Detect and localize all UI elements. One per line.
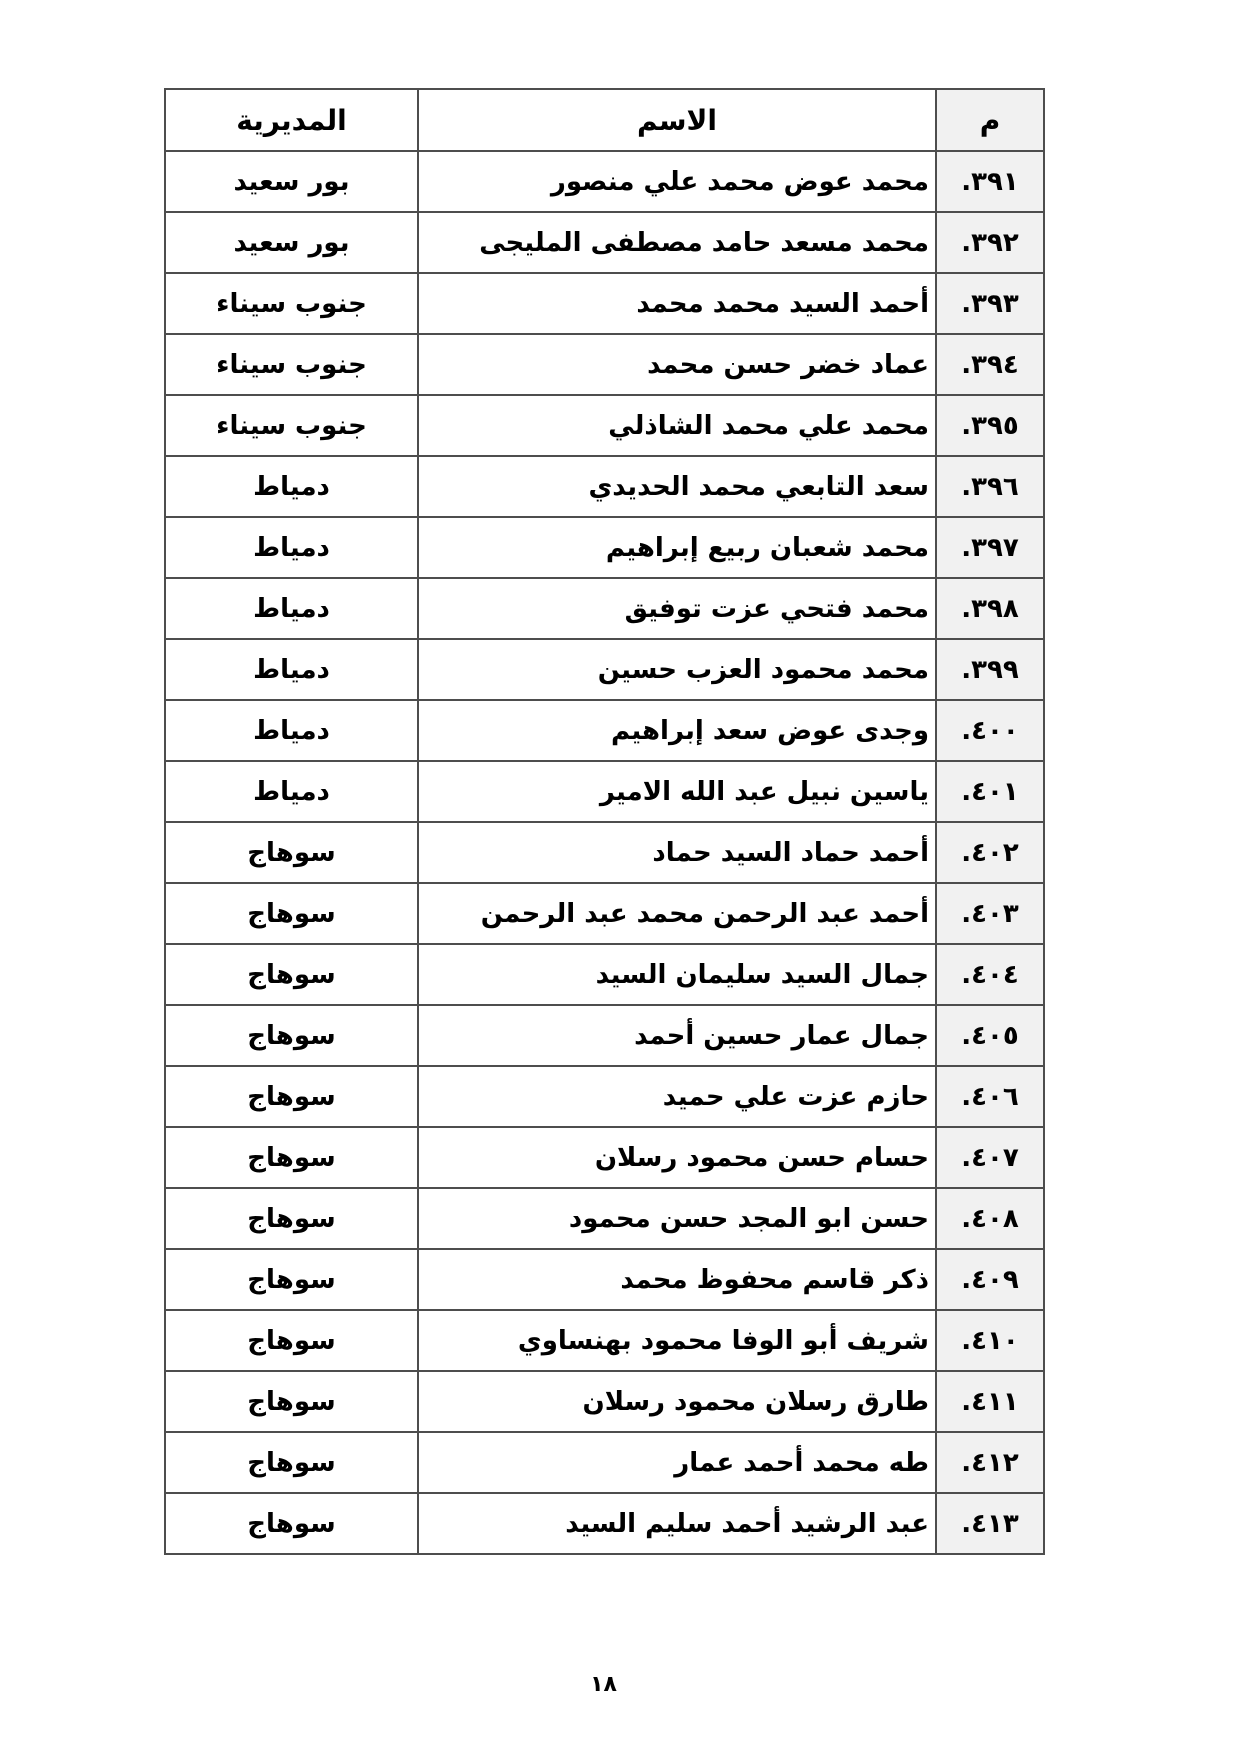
person-name: حازم عزت علي حميد: [418, 1066, 936, 1127]
directorate-cell: دمياط: [165, 700, 418, 761]
directorate-cell: سوهاج: [165, 1249, 418, 1310]
header-row: م الاسم المديرية: [165, 89, 1044, 151]
table-row: ٤١١. طارق رسلان محمود رسلان سوهاج: [165, 1371, 1044, 1432]
roster-table: م الاسم المديرية ٣٩١. محمد عوض محمد علي …: [164, 88, 1045, 1555]
directorate-cell: سوهاج: [165, 1371, 418, 1432]
table-row: ٤٠٠. وجدى عوض سعد إبراهيم دمياط: [165, 700, 1044, 761]
table-header-row: م الاسم المديرية: [165, 89, 1044, 151]
row-number: ٤٠٧.: [936, 1127, 1044, 1188]
table-row: ٣٩٦. سعد التابعي محمد الحديدي دمياط: [165, 456, 1044, 517]
directorate-cell: جنوب سيناء: [165, 395, 418, 456]
table-row: ٤٠٢. أحمد حماد السيد حماد سوهاج: [165, 822, 1044, 883]
row-number: ٤٠١.: [936, 761, 1044, 822]
person-name: حسن ابو المجد حسن محمود: [418, 1188, 936, 1249]
person-name: ياسين نبيل عبد الله الامير: [418, 761, 936, 822]
directorate-cell: سوهاج: [165, 1493, 418, 1554]
row-number: ٣٩٩.: [936, 639, 1044, 700]
table-row: ٤١٣. عبد الرشيد أحمد سليم السيد سوهاج: [165, 1493, 1044, 1554]
person-name: أحمد عبد الرحمن محمد عبد الرحمن: [418, 883, 936, 944]
table-row: ٣٩٥. محمد علي محمد الشاذلي جنوب سيناء: [165, 395, 1044, 456]
row-number: ٣٩١.: [936, 151, 1044, 212]
person-name: محمد مسعد حامد مصطفى المليجى: [418, 212, 936, 273]
table-row: ٣٩٤. عماد خضر حسن محمد جنوب سيناء: [165, 334, 1044, 395]
directorate-cell: سوهاج: [165, 1310, 418, 1371]
row-number: ٤٠٨.: [936, 1188, 1044, 1249]
person-name: سعد التابعي محمد الحديدي: [418, 456, 936, 517]
table-row: ٤١٢. طه محمد أحمد عمار سوهاج: [165, 1432, 1044, 1493]
person-name: جمال السيد سليمان السيد: [418, 944, 936, 1005]
header-number: م: [936, 89, 1044, 151]
directorate-cell: سوهاج: [165, 1188, 418, 1249]
row-number: ٤١٣.: [936, 1493, 1044, 1554]
header-directorate: المديرية: [165, 89, 418, 151]
table-row: ٣٩٩. محمد محمود العزب حسين دمياط: [165, 639, 1044, 700]
row-number: ٣٩٣.: [936, 273, 1044, 334]
table-row: ٣٩١. محمد عوض محمد علي منصور بور سعيد: [165, 151, 1044, 212]
table-row: ٤١٠. شريف أبو الوفا محمود بهنساوي سوهاج: [165, 1310, 1044, 1371]
directorate-cell: دمياط: [165, 456, 418, 517]
person-name: عماد خضر حسن محمد: [418, 334, 936, 395]
table-row: ٤٠٧. حسام حسن محمود رسلان سوهاج: [165, 1127, 1044, 1188]
directorate-cell: سوهاج: [165, 944, 418, 1005]
row-number: ٣٩٧.: [936, 517, 1044, 578]
row-number: ٤١١.: [936, 1371, 1044, 1432]
person-name: جمال عمار حسين أحمد: [418, 1005, 936, 1066]
row-number: ٤٠٢.: [936, 822, 1044, 883]
person-name: ذكر قاسم محفوظ محمد: [418, 1249, 936, 1310]
table-row: ٤٠١. ياسين نبيل عبد الله الامير دمياط: [165, 761, 1044, 822]
person-name: أحمد حماد السيد حماد: [418, 822, 936, 883]
row-number: ٤٠٣.: [936, 883, 1044, 944]
row-number: ٤٠٥.: [936, 1005, 1044, 1066]
row-number: ٣٩٢.: [936, 212, 1044, 273]
directorate-cell: سوهاج: [165, 1066, 418, 1127]
table-row: ٤٠٤. جمال السيد سليمان السيد سوهاج: [165, 944, 1044, 1005]
person-name: وجدى عوض سعد إبراهيم: [418, 700, 936, 761]
person-name: شريف أبو الوفا محمود بهنساوي: [418, 1310, 936, 1371]
person-name: محمد علي محمد الشاذلي: [418, 395, 936, 456]
directorate-cell: سوهاج: [165, 822, 418, 883]
directorate-cell: دمياط: [165, 578, 418, 639]
table-body: ٣٩١. محمد عوض محمد علي منصور بور سعيد ٣٩…: [165, 151, 1044, 1554]
directorate-cell: سوهاج: [165, 883, 418, 944]
row-number: ٣٩٨.: [936, 578, 1044, 639]
table-row: ٣٩٨. محمد فتحي عزت توفيق دمياط: [165, 578, 1044, 639]
table-row: ٤٠٩. ذكر قاسم محفوظ محمد سوهاج: [165, 1249, 1044, 1310]
directorate-cell: دمياط: [165, 761, 418, 822]
directorate-cell: دمياط: [165, 517, 418, 578]
table-row: ٤٠٣. أحمد عبد الرحمن محمد عبد الرحمن سوه…: [165, 883, 1044, 944]
table-row: ٤٠٨. حسن ابو المجد حسن محمود سوهاج: [165, 1188, 1044, 1249]
table-row: ٣٩٢. محمد مسعد حامد مصطفى المليجى بور سع…: [165, 212, 1044, 273]
directorate-cell: سوهاج: [165, 1432, 418, 1493]
directorate-cell: دمياط: [165, 639, 418, 700]
directorate-cell: سوهاج: [165, 1005, 418, 1066]
person-name: حسام حسن محمود رسلان: [418, 1127, 936, 1188]
table-row: ٣٩٣. أحمد السيد محمد محمد جنوب سيناء: [165, 273, 1044, 334]
row-number: ٣٩٤.: [936, 334, 1044, 395]
row-number: ٤٠٤.: [936, 944, 1044, 1005]
directorate-cell: بور سعيد: [165, 151, 418, 212]
directorate-cell: سوهاج: [165, 1127, 418, 1188]
person-name: أحمد السيد محمد محمد: [418, 273, 936, 334]
table-row: ٤٠٥. جمال عمار حسين أحمد سوهاج: [165, 1005, 1044, 1066]
table-row: ٣٩٧. محمد شعبان ربيع إبراهيم دمياط: [165, 517, 1044, 578]
directorate-cell: جنوب سيناء: [165, 273, 418, 334]
person-name: طارق رسلان محمود رسلان: [418, 1371, 936, 1432]
person-name: عبد الرشيد أحمد سليم السيد: [418, 1493, 936, 1554]
header-name: الاسم: [418, 89, 936, 151]
row-number: ٤١٠.: [936, 1310, 1044, 1371]
row-number: ٣٩٦.: [936, 456, 1044, 517]
row-number: ٤٠٠.: [936, 700, 1044, 761]
person-name: محمد شعبان ربيع إبراهيم: [418, 517, 936, 578]
directorate-cell: جنوب سيناء: [165, 334, 418, 395]
person-name: محمد محمود العزب حسين: [418, 639, 936, 700]
row-number: ٤٠٦.: [936, 1066, 1044, 1127]
person-name: محمد فتحي عزت توفيق: [418, 578, 936, 639]
person-name: طه محمد أحمد عمار: [418, 1432, 936, 1493]
page-number: ١٨: [164, 1672, 1043, 1697]
directorate-cell: بور سعيد: [165, 212, 418, 273]
row-number: ٤١٢.: [936, 1432, 1044, 1493]
document-page: م الاسم المديرية ٣٩١. محمد عوض محمد علي …: [0, 0, 1241, 1755]
table-row: ٤٠٦. حازم عزت علي حميد سوهاج: [165, 1066, 1044, 1127]
row-number: ٤٠٩.: [936, 1249, 1044, 1310]
row-number: ٣٩٥.: [936, 395, 1044, 456]
person-name: محمد عوض محمد علي منصور: [418, 151, 936, 212]
